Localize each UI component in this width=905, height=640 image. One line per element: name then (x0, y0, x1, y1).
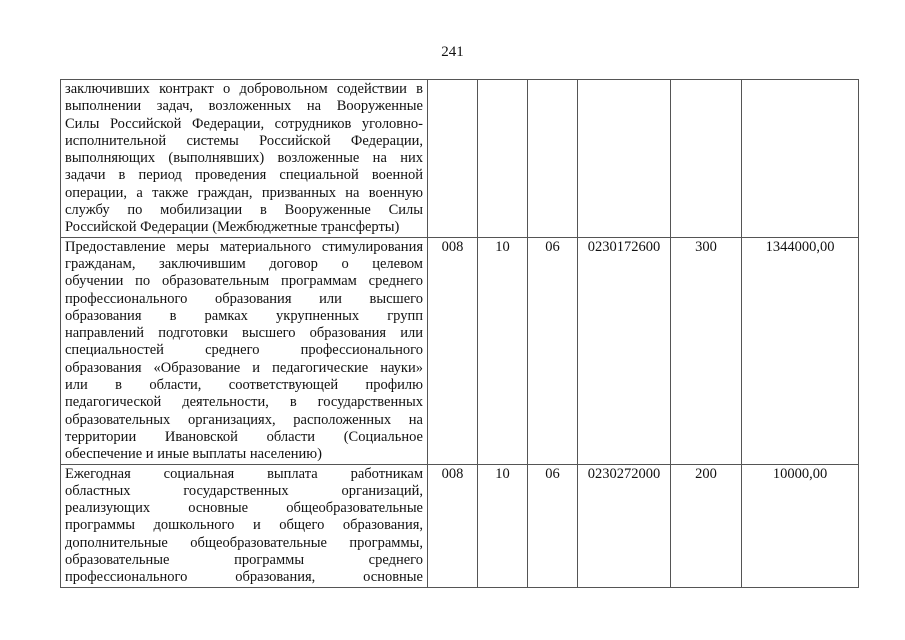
expense-type-cell: 300 (671, 237, 742, 464)
description-line: программы дошкольного и общего образован… (65, 517, 423, 534)
section-cell (478, 80, 528, 238)
target-article-cell: 0230272000 (578, 464, 671, 587)
description-line: Предоставление меры материального стимул… (65, 239, 423, 256)
description-line: службу по мобилизации в Вооруженные Силы (65, 202, 423, 219)
subsection-cell: 06 (528, 464, 578, 587)
amount-cell: 10000,00 (742, 464, 859, 587)
description-line: дополнительные общеобразовательные прогр… (65, 535, 423, 552)
target-article-cell: 0230172600 (578, 237, 671, 464)
description-cell: Предоставление меры материального стимул… (61, 237, 428, 464)
description-line: обеспечение и иные выплаты населению) (65, 446, 423, 463)
section-cell: 10 (478, 464, 528, 587)
budget-table: заключивших контракт о добровольном соде… (60, 79, 859, 588)
description-line: выполнении задач, возложенных на Вооруже… (65, 98, 423, 115)
description-line: образовательные программы среднего (65, 552, 423, 569)
description-line: обучении по образовательным программам с… (65, 273, 423, 290)
subsection-cell: 06 (528, 237, 578, 464)
description-line: задачи в период проведения специальной в… (65, 167, 423, 184)
description-line: Силы Российской Федерации, сотрудников у… (65, 116, 423, 133)
section-cell: 10 (478, 237, 528, 464)
expense-type-cell (671, 80, 742, 238)
description-line: образования «Образование и педагогически… (65, 360, 423, 377)
target-article-cell (578, 80, 671, 238)
description-line: реализующих основные общеобразовательные (65, 500, 423, 517)
description-line: исполнительной системы Российской Федера… (65, 133, 423, 150)
expense-type-cell: 200 (671, 464, 742, 587)
table-row: заключивших контракт о добровольном соде… (61, 80, 859, 238)
description-line: педагогической деятельности, в государст… (65, 394, 423, 411)
description-line: или в области, соответствующей профилю (65, 377, 423, 394)
description-cell: Ежегодная социальная выплата работникамо… (61, 464, 428, 587)
subsection-cell (528, 80, 578, 238)
description-line: областных государственных организаций, (65, 483, 423, 500)
page-number: 241 (0, 44, 905, 61)
ved-cell (428, 80, 478, 238)
description-line: образования в рамках укрупненных групп (65, 308, 423, 325)
description-line: профессионального образования, основные (65, 569, 423, 586)
table-row: Предоставление меры материального стимул… (61, 237, 859, 464)
amount-cell (742, 80, 859, 238)
description-line: заключивших контракт о добровольном соде… (65, 81, 423, 98)
table-row: Ежегодная социальная выплата работникамо… (61, 464, 859, 587)
description-line: Российской Федерации (Межбюджетные транс… (65, 219, 423, 236)
description-line: направлений подготовки высшего образован… (65, 325, 423, 342)
description-line: специальностей среднего профессиональног… (65, 342, 423, 359)
description-line: Ежегодная социальная выплата работникам (65, 466, 423, 483)
ved-cell: 008 (428, 237, 478, 464)
amount-cell: 1344000,00 (742, 237, 859, 464)
ved-cell: 008 (428, 464, 478, 587)
description-cell: заключивших контракт о добровольном соде… (61, 80, 428, 238)
description-line: выполняющих (выполнявших) возложенные на… (65, 150, 423, 167)
description-line: операции, а также граждан, призванных на… (65, 185, 423, 202)
description-line: гражданам, заключившим договор о целевом (65, 256, 423, 273)
description-line: профессионального образования или высшег… (65, 291, 423, 308)
description-line: территории Ивановской области (Социально… (65, 429, 423, 446)
description-line: образовательных организациях, расположен… (65, 412, 423, 429)
